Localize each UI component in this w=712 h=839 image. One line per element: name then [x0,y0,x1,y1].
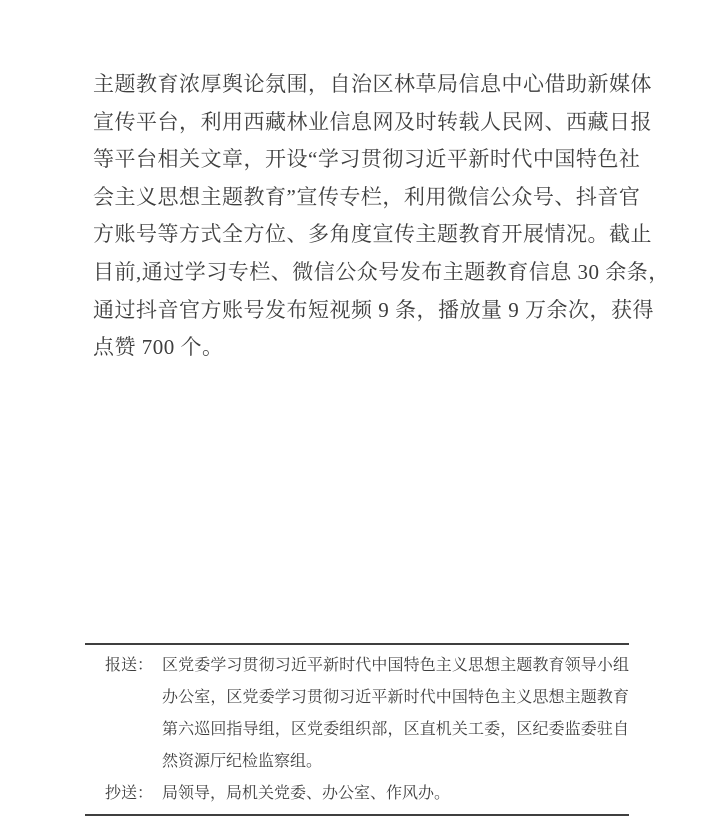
body-line: 目前,通过学习专栏、微信公众号发布主题教育信息 30 余条， [93,254,628,292]
baosong-line: 然资源厅纪检监察组。 [162,746,629,778]
baosong-line: 第六巡回指导组，区党委组织部，区直机关工委，区纪委监委驻自 [162,714,629,746]
body-line: 等平台相关文章，开设“学习贯彻习近平新时代中国特色社 [93,141,628,179]
chaosong-row: 抄送： 局领导，局机关党委、办公室、作风办。 [85,778,629,810]
baosong-row: 报送： 区党委学习贯彻习近平新时代中国特色主义思想主题教育领导小组 办公室，区党… [85,650,629,778]
baosong-label: 报送： [105,650,162,778]
footer-top-rule [85,643,629,645]
footer-bottom-rule [85,814,629,816]
distribution-footer: 报送： 区党委学习贯彻习近平新时代中国特色主义思想主题教育领导小组 办公室，区党… [85,643,629,816]
chaosong-line: 局领导，局机关党委、办公室、作风办。 [162,778,629,810]
baosong-line: 办公室，区党委学习贯彻习近平新时代中国特色主义思想主题教育 [162,682,629,714]
chaosong-label: 抄送： [105,778,162,810]
document-page: 主题教育浓厚舆论氛围，自治区林草局信息中心借助新媒体 宣传平台，利用西藏林业信息… [0,0,712,839]
body-paragraph: 主题教育浓厚舆论氛围，自治区林草局信息中心借助新媒体 宣传平台，利用西藏林业信息… [93,66,628,367]
body-line: 点赞 700 个。 [93,329,628,367]
baosong-content: 区党委学习贯彻习近平新时代中国特色主义思想主题教育领导小组 办公室，区党委学习贯… [162,650,629,778]
body-line: 会主义思想主题教育”宣传专栏，利用微信公众号、抖音官 [93,179,628,217]
body-line: 通过抖音官方账号发布短视频 9 条，播放量 9 万余次，获得 [93,292,628,330]
body-line: 宣传平台，利用西藏林业信息网及时转载人民网、西藏日报 [93,104,628,142]
chaosong-content: 局领导，局机关党委、办公室、作风办。 [162,778,629,810]
body-line: 方账号等方式全方位、多角度宣传主题教育开展情况。截止 [93,216,628,254]
body-line: 主题教育浓厚舆论氛围，自治区林草局信息中心借助新媒体 [93,66,628,104]
baosong-line: 区党委学习贯彻习近平新时代中国特色主义思想主题教育领导小组 [162,650,629,682]
